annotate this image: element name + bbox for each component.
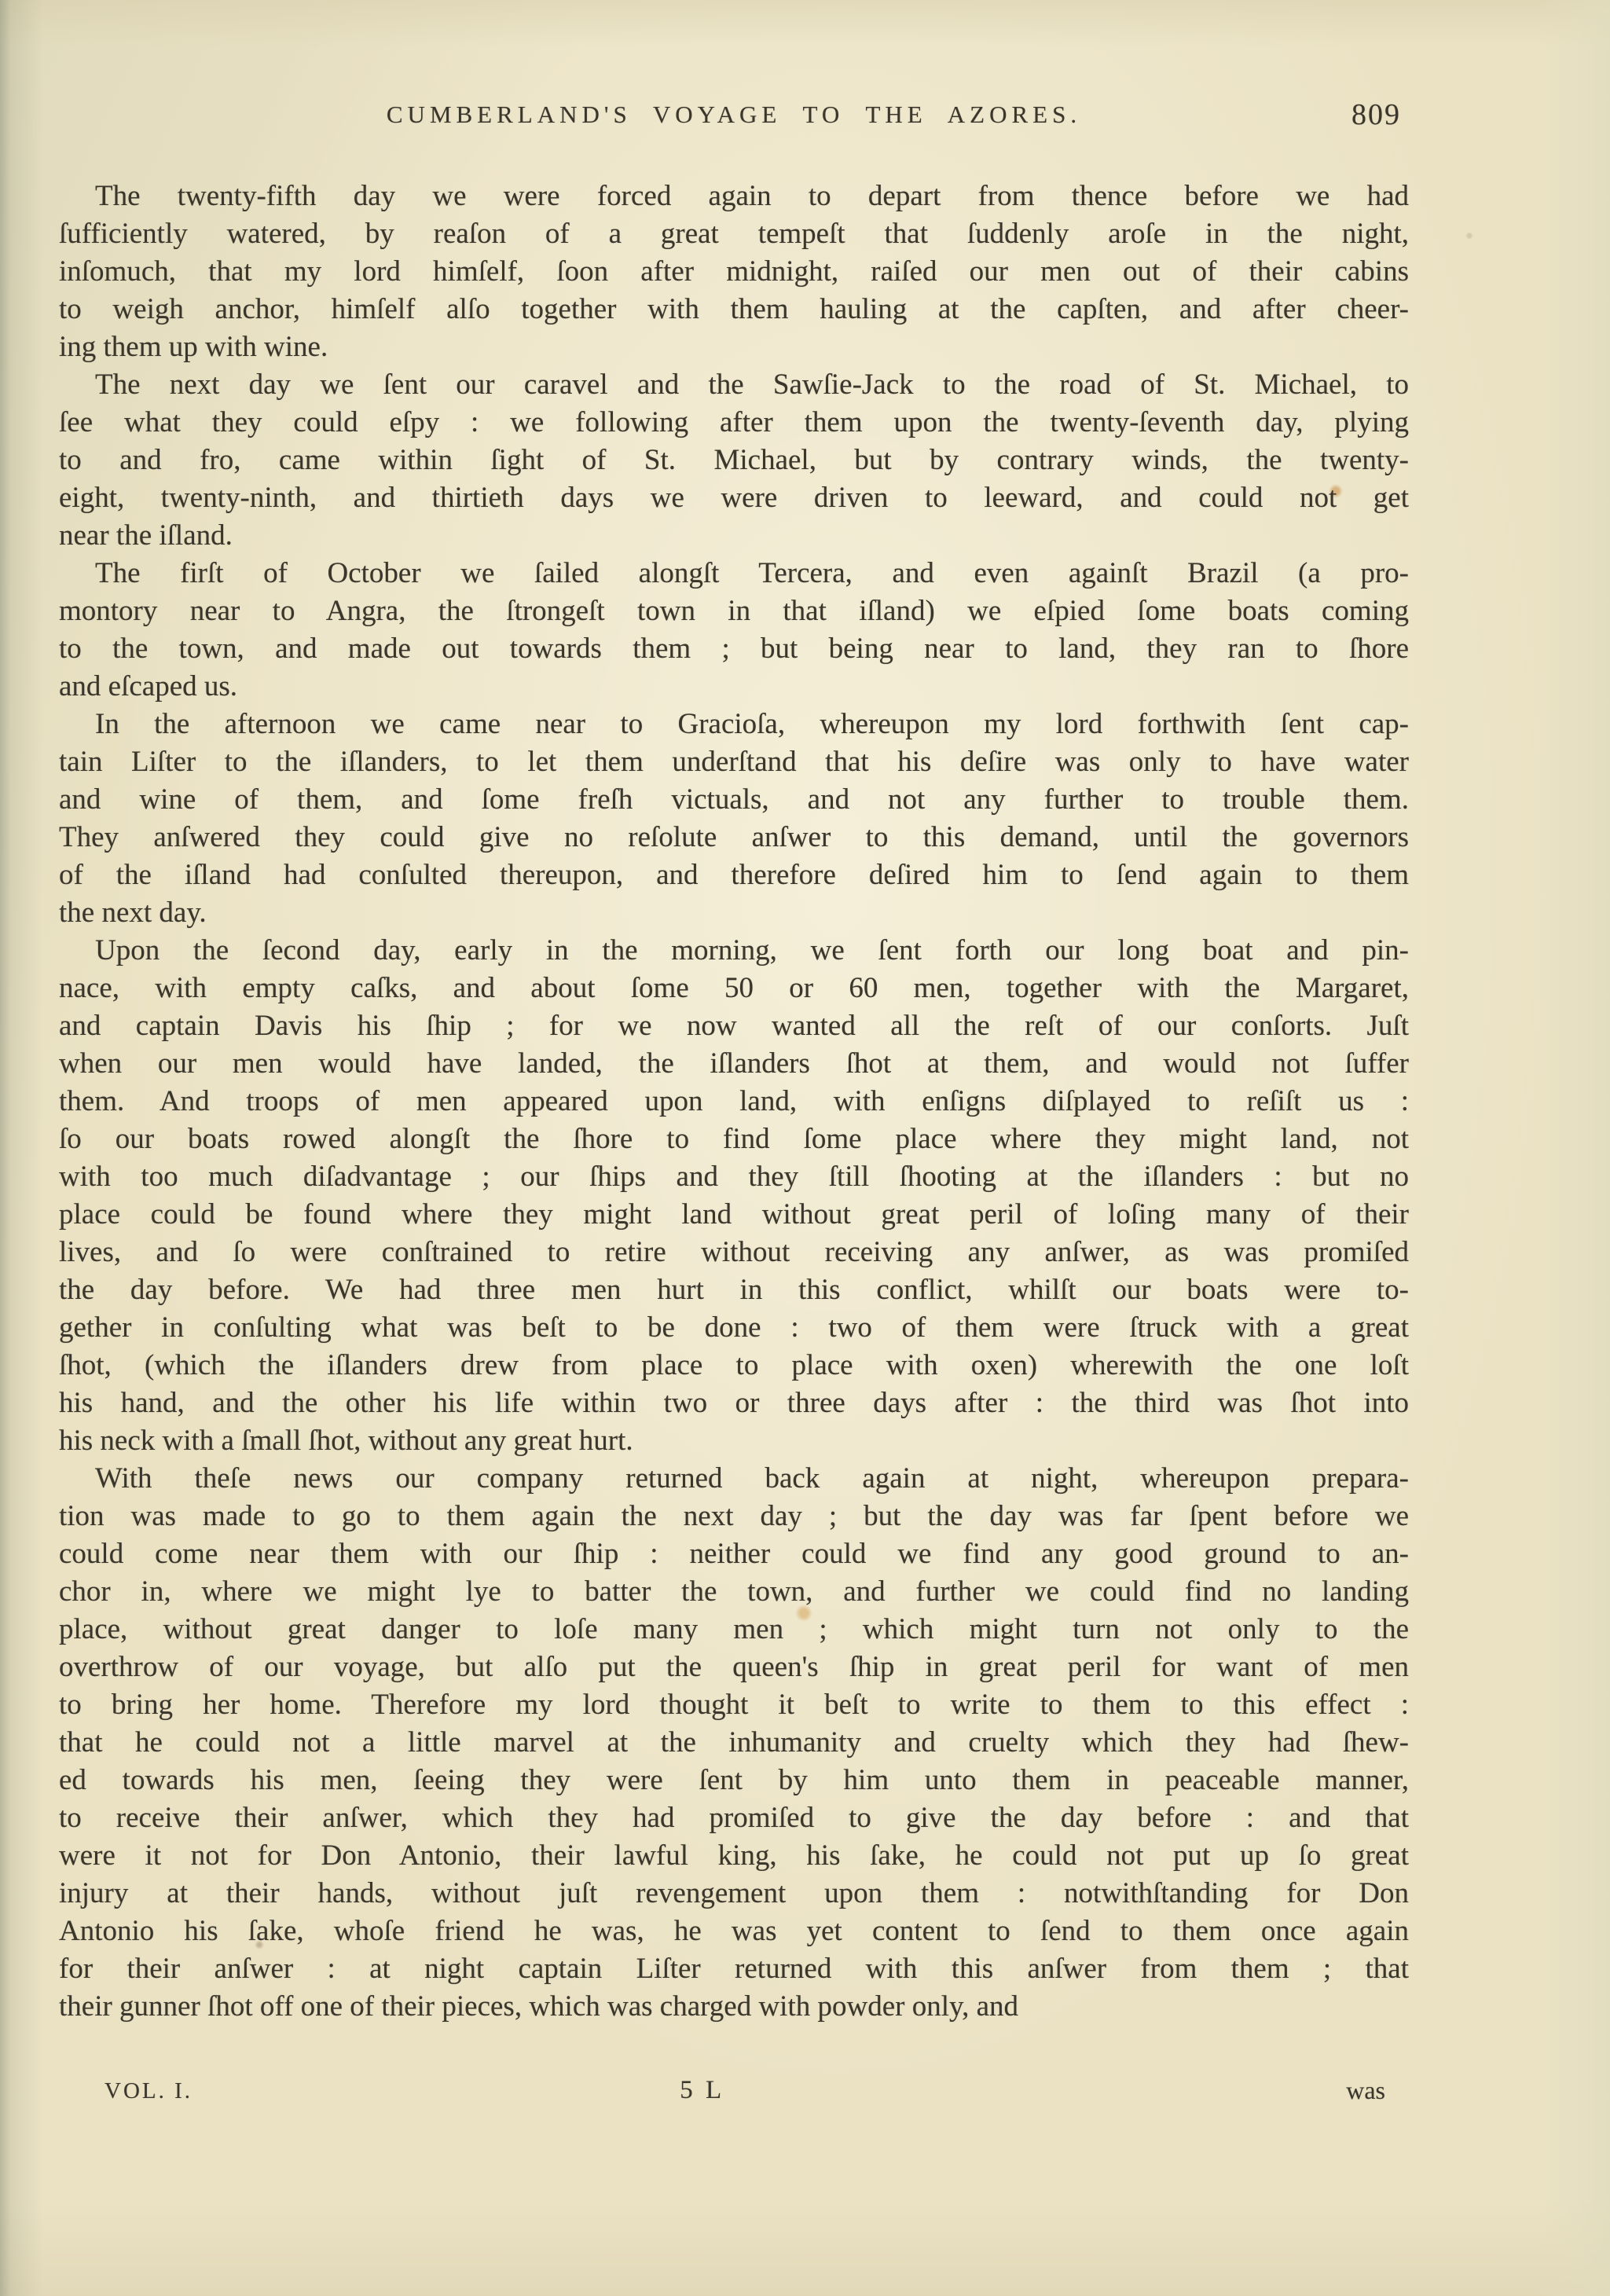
text-line: and captain Davis his ſhip ; for we now … [59, 1007, 1409, 1045]
text-line: The firſt of October we ſailed alongſt T… [59, 555, 1409, 592]
text-line: injury at their hands, without juſt reve… [59, 1875, 1409, 1913]
text-line: In the afternoon we came near to Gracioſ… [59, 706, 1409, 743]
catchword: was [1346, 2076, 1385, 2105]
paragraph: The twenty-fifth day we were forced agai… [59, 178, 1409, 366]
text-line: inſomuch, that my lord himſelf, ſoon aft… [59, 253, 1409, 291]
text-line: ſhot, (which the iſlanders drew from pla… [59, 1347, 1409, 1385]
text-line: their gunner ſhot off one of their piece… [59, 1988, 1409, 2026]
page-footer: VOL. I. 5 L was [59, 2076, 1409, 2104]
text-line: lives, and ſo were conſtrained to retire… [59, 1234, 1409, 1271]
signature-mark: 5 L [680, 2076, 724, 2105]
paragraph: Upon the ſecond day, early in the mornin… [59, 932, 1409, 1460]
text-line: place, without great danger to loſe many… [59, 1611, 1409, 1649]
text-line: chor in, where we might lye to batter th… [59, 1573, 1409, 1611]
text-line: Upon the ſecond day, early in the mornin… [59, 932, 1409, 970]
text-line: ed towards his men, ſeeing they were ſen… [59, 1762, 1409, 1799]
text-line: them. And troops of men appeared upon la… [59, 1083, 1409, 1120]
text-line: were it not for Don Antonio, their lawfu… [59, 1837, 1409, 1875]
text-line: and wine of them, and ſome freſh victual… [59, 781, 1409, 819]
text-line: the day before. We had three men hurt in… [59, 1271, 1409, 1309]
text-line: Antonio his ſake, whoſe friend he was, h… [59, 1913, 1409, 1950]
running-title: CUMBERLAND'S VOYAGE TO THE AZORES. [387, 101, 1081, 128]
text-line: to weigh anchor, himſelf alſo together w… [59, 291, 1409, 328]
paragraph: With theſe news our company returned bac… [59, 1460, 1409, 2026]
text-line: overthrow of our voyage, but alſo put th… [59, 1649, 1409, 1686]
text-line: tion was made to go to them again the ne… [59, 1498, 1409, 1535]
text-line: with too much diſadvantage ; our ſhips a… [59, 1158, 1409, 1196]
text-line: The next day we ſent our caravel and the… [59, 366, 1409, 404]
text-line: the next day. [59, 894, 1409, 932]
text-line: to bring her home. Therefore my lord tho… [59, 1686, 1409, 1724]
text-line: that he could not a little marvel at the… [59, 1724, 1409, 1762]
text-line: his hand, and the other his life within … [59, 1385, 1409, 1422]
page-header: CUMBERLAND'S VOYAGE TO THE AZORES. 809 [59, 101, 1409, 129]
text-line: his neck with a ſmall ſhot, without any … [59, 1422, 1409, 1460]
text-line: could come near them with our ſhip : nei… [59, 1535, 1409, 1573]
text-line: to the town, and made out towards them ;… [59, 630, 1409, 668]
text-line: nace, with empty caſks, and about ſome 5… [59, 970, 1409, 1007]
page-number: 809 [1351, 97, 1401, 132]
paragraph: In the afternoon we came near to Gracioſ… [59, 706, 1409, 932]
text-line: for their anſwer : at night captain Liſt… [59, 1950, 1409, 1988]
book-page: CUMBERLAND'S VOYAGE TO THE AZORES. 809 T… [0, 0, 1610, 2296]
text-line: eight, twenty-ninth, and thirtieth days … [59, 479, 1409, 517]
paragraph: The next day we ſent our caravel and the… [59, 366, 1409, 555]
text-line: when our men would have landed, the iſla… [59, 1045, 1409, 1083]
paragraph: The firſt of October we ſailed alongſt T… [59, 555, 1409, 706]
text-line: montory near to Angra, the ſtrongeſt tow… [59, 592, 1409, 630]
text-line: ſee what they could eſpy : we following … [59, 404, 1409, 442]
text-line: to and fro, came within ſight of St. Mic… [59, 442, 1409, 479]
volume-label: VOL. I. [105, 2078, 193, 2103]
text-line: of the iſland had conſulted thereupon, a… [59, 856, 1409, 894]
text-line: With theſe news our company returned bac… [59, 1460, 1409, 1498]
text-line: and eſcaped us. [59, 668, 1409, 706]
text-line: The twenty-fifth day we were forced agai… [59, 178, 1409, 215]
text-line: ſufficiently watered, by reaſon of a gre… [59, 215, 1409, 253]
text-line: to receive their anſwer, which they had … [59, 1799, 1409, 1837]
body-text: The twenty-fifth day we were forced agai… [59, 178, 1409, 2026]
text-line: near the iſland. [59, 517, 1409, 555]
text-line: ſo our boats rowed alongſt the ſhore to … [59, 1120, 1409, 1158]
text-line: gether in conſulting what was beſt to be… [59, 1309, 1409, 1347]
text-line: They anſwered they could give no reſolut… [59, 819, 1409, 856]
text-line: ing them up with wine. [59, 328, 1409, 366]
text-line: tain Liſter to the iſlanders, to let the… [59, 743, 1409, 781]
text-line: place could be found where they might la… [59, 1196, 1409, 1234]
